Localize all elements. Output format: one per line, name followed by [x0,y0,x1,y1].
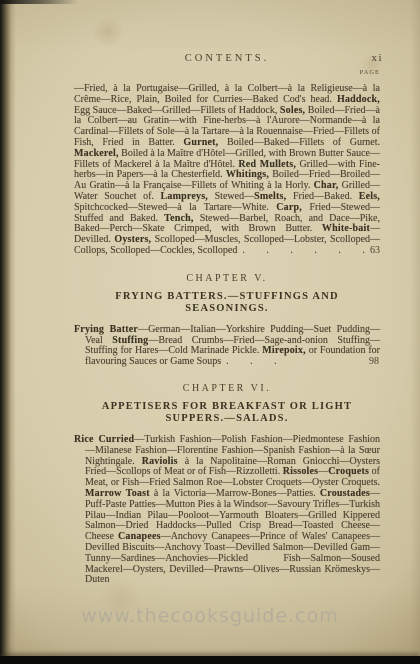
entry-paragraph-chapter-5: Frying Batter—German—Italian—Yorkshire P… [74,325,380,368]
chapter-6-block: CHAPTER VI. APPETISERS FOR BREAKFAST OR … [74,383,380,586]
chapter-6-heading: CHAPTER VI. [74,383,380,394]
page-header: CONTENTS. xi [74,52,380,65]
entry-text: —Fried, à la Portugaise—Grilled, à la Co… [74,83,380,256]
chapter-5-block: CHAPTER V. FRYING BATTERS.—STUFFINGS AND… [74,273,380,368]
entry-paragraph-chapter-6: Rice Curried—Turkish Fashion—Polish Fash… [74,435,380,586]
chapter-5-heading: CHAPTER V. [74,273,380,284]
watermark: www.thecooksguide.com [0,605,420,627]
entry-paragraph-fish-continued: —Fried, à la Portugaise—Grilled, à la Co… [74,84,380,257]
chapter-6-title: APPETISERS FOR BREAKFAST OR LIGHT SUPPER… [74,401,380,425]
top-scan-edge [0,0,78,4]
folio-page-number: xi [371,52,383,65]
page-title: CONTENTS. [185,53,269,64]
chapter-5-title: FRYING BATTERS.—STUFFINGS AND SEASONINGS… [74,291,380,315]
page-column-label: PAGE [74,69,380,77]
right-page-shade [410,0,420,664]
leader-dots: . . . [221,356,277,367]
entry-text: Rice Curried—Turkish Fashion—Polish Fash… [74,434,380,585]
page-content: CONTENTS. xi PAGE —Fried, à la Portugais… [74,52,380,596]
bottom-scan-edge [0,656,420,664]
entry-page-ref: 63 [370,246,380,257]
left-page-edge [0,0,16,664]
book-page-scan: CONTENTS. xi PAGE —Fried, à la Portugais… [0,0,420,664]
leader-dots: . . . . . . [237,245,365,256]
